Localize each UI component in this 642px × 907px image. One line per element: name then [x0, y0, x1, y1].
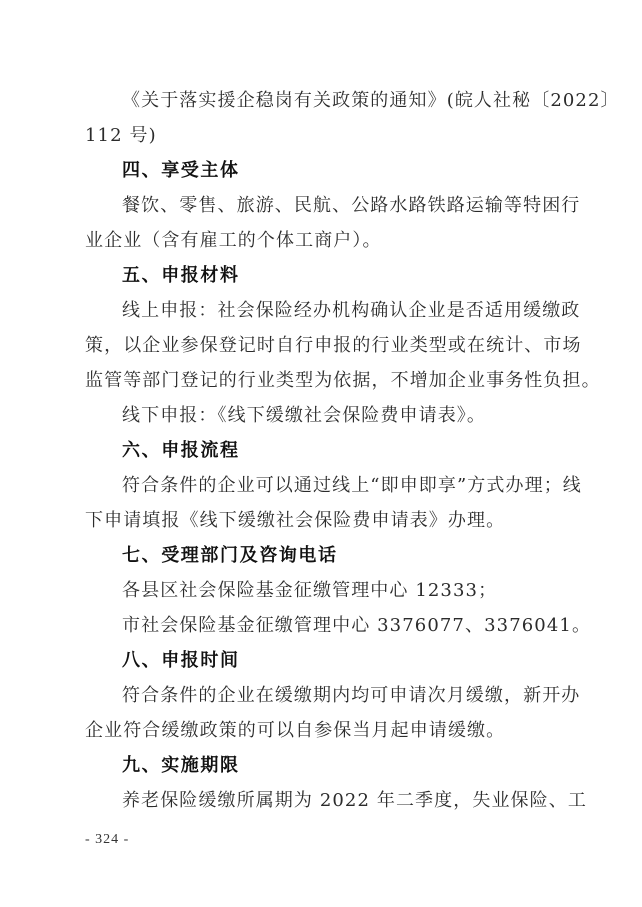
document-page: 《关于落实援企稳岗有关政策的通知》(皖人社秘〔2022〕 112 号) 四、享受… [0, 0, 642, 907]
document-body: 《关于落实援企稳岗有关政策的通知》(皖人社秘〔2022〕 112 号) 四、享受… [85, 83, 567, 818]
paragraph-application-time-line-1: 符合条件的企业在缓缴期内均可申请次月缓缴，新开办 [85, 678, 567, 713]
section-heading-application-time: 八、申报时间 [85, 643, 567, 678]
paragraph-implementation-period-line-1: 养老保险缓缴所属期为 2022 年二季度，失业保险、工 [85, 783, 567, 818]
section-heading-eligible-subjects: 四、享受主体 [85, 153, 567, 188]
paragraph-application-time-line-2: 企业符合缓缴政策的可以自参保当月起申请缓缴。 [85, 713, 567, 748]
paragraph-online-application-line-1: 线上申报：社会保险经办机构确认企业是否适用缓缴政 [85, 293, 567, 328]
section-heading-contact: 七、受理部门及咨询电话 [85, 538, 567, 573]
paragraph-process-line-1: 符合条件的企业可以通过线上“即申即享”方式办理；线 [85, 468, 567, 503]
contact-city-center: 市社会保险基金征缴管理中心 3376077、3376041。 [85, 608, 567, 643]
contact-county-center: 各县区社会保险基金征缴管理中心 12333； [85, 573, 567, 608]
section-heading-application-process: 六、申报流程 [85, 433, 567, 468]
paragraph-eligible-subjects-line-1: 餐饮、零售、旅游、民航、公路水路铁路运输等特困行 [85, 188, 567, 223]
paragraph-process-line-2: 下申请填报《线下缓缴社会保险费申请表》办理。 [85, 503, 567, 538]
policy-reference-continuation: 112 号) [85, 118, 567, 153]
section-heading-implementation-period: 九、实施期限 [85, 748, 567, 783]
section-heading-application-materials: 五、申报材料 [85, 258, 567, 293]
policy-reference-line: 《关于落实援企稳岗有关政策的通知》(皖人社秘〔2022〕 [85, 83, 567, 118]
paragraph-online-application-line-3: 监管等部门登记的行业类型为依据，不增加企业事务性负担。 [85, 363, 567, 398]
paragraph-online-application-line-2: 策，以企业参保登记时自行申报的行业类型或在统计、市场 [85, 328, 567, 363]
paragraph-eligible-subjects-line-2: 业企业（含有雇工的个体工商户）。 [85, 223, 567, 258]
page-number: - 324 - [85, 832, 129, 848]
paragraph-offline-application: 线下申报：《线下缓缴社会保险费申请表》。 [85, 398, 567, 433]
